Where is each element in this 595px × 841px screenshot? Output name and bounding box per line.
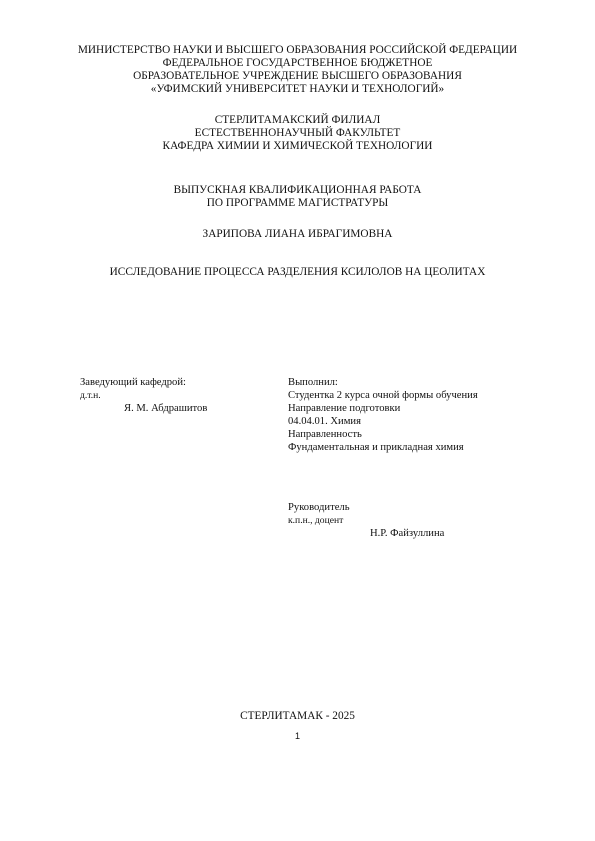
supervisor-degree: к.п.н., доцент: [288, 514, 343, 527]
header-line: ФЕДЕРАЛЬНОЕ ГОСУДАРСТВЕННОЕ БЮДЖЕТНОЕ: [0, 57, 595, 70]
performed-by-line: Направление подготовки: [288, 402, 400, 415]
header-line: «УФИМСКИЙ УНИВЕРСИТЕТ НАУКИ И ТЕХНОЛОГИЙ…: [0, 83, 595, 96]
city-year: СТЕРЛИТАМАК - 2025: [0, 710, 595, 723]
performed-by-label: Выполнил:: [288, 376, 338, 389]
author-name: ЗАРИПОВА ЛИАНА ИБРАГИМОВНА: [0, 228, 595, 241]
header-line: МИНИСТЕРСТВО НАУКИ И ВЫСШЕГО ОБРАЗОВАНИЯ…: [0, 44, 595, 57]
performed-by-line: Студентка 2 курса очной формы обучения: [288, 389, 478, 402]
performed-by-line: Фундаментальная и прикладная химия: [288, 441, 464, 454]
supervisor-name: Н.Р. Файзуллина: [370, 527, 444, 540]
performed-by-line: Направленность: [288, 428, 362, 441]
header-line: ОБРАЗОВАТЕЛЬНОЕ УЧРЕЖДЕНИЕ ВЫСШЕГО ОБРАЗ…: [0, 70, 595, 83]
head-of-department-label: Заведующий кафедрой:: [80, 376, 186, 389]
branch-line: СТЕРЛИТАМАКСКИЙ ФИЛИАЛ: [0, 114, 595, 127]
page-number: 1: [0, 731, 595, 741]
head-of-department-name: Я. М. Абдрашитов: [124, 402, 207, 415]
thesis-title: ИССЛЕДОВАНИЕ ПРОЦЕССА РАЗДЕЛЕНИЯ КСИЛОЛО…: [0, 266, 595, 279]
work-type-line: ВЫПУСКНАЯ КВАЛИФИКАЦИОННАЯ РАБОТА: [0, 184, 595, 197]
performed-by-line: 04.04.01. Химия: [288, 415, 361, 428]
head-of-department-degree: д.т.н.: [80, 389, 101, 402]
branch-line: КАФЕДРА ХИМИИ И ХИМИЧЕСКОЙ ТЕХНОЛОГИИ: [0, 140, 595, 153]
branch-line: ЕСТЕСТВЕННОНАУЧНЫЙ ФАКУЛЬТЕТ: [0, 127, 595, 140]
work-type-line: ПО ПРОГРАММЕ МАГИСТРАТУРЫ: [0, 197, 595, 210]
supervisor-label: Руководитель: [288, 501, 350, 514]
